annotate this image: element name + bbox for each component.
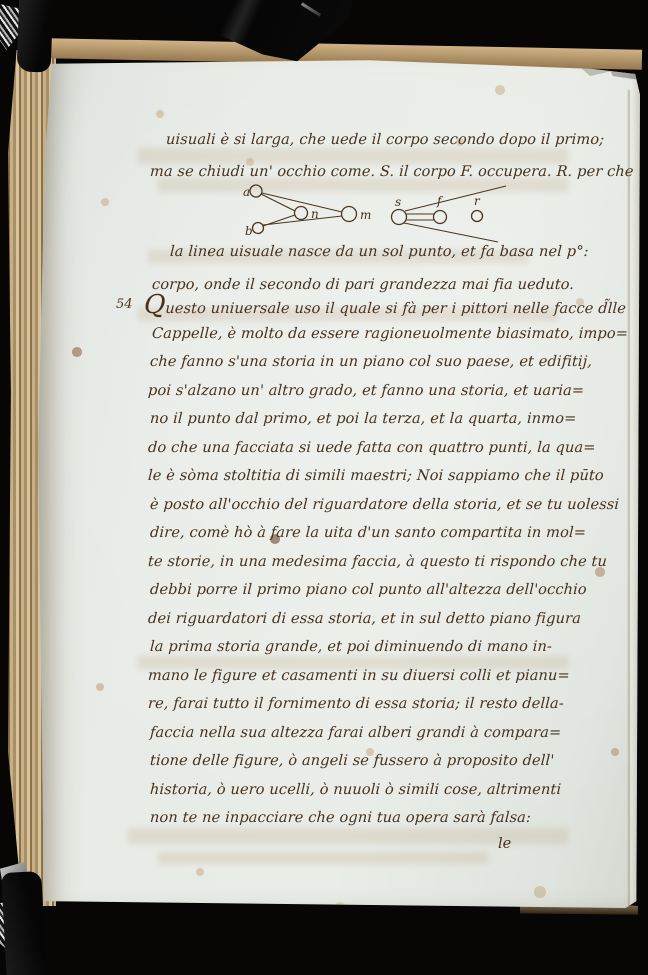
diagram-circle-n bbox=[295, 207, 308, 220]
showthrough-band bbox=[158, 852, 488, 864]
black-strap-bottom bbox=[1, 871, 47, 975]
manuscript-line: mano le figure et casamenti in su diuers… bbox=[147, 666, 570, 686]
diagram-circle-m bbox=[342, 207, 357, 222]
black-strap-top bbox=[17, 0, 54, 73]
diagram-label-s: s bbox=[395, 195, 401, 209]
manuscript-line: non te ne inpacciare che ogni tua opera … bbox=[149, 808, 531, 828]
manuscript-line: la prima storia grande, et poi diminuend… bbox=[149, 637, 552, 657]
manuscript-line: la linea uisuale nasce da un sol punto, … bbox=[169, 242, 589, 262]
manuscript-line: dei riguardatori di essa storia, et in s… bbox=[147, 609, 581, 629]
diagram-label-b: b bbox=[245, 224, 253, 238]
manuscript-line: debbi porre il primo piano col punto all… bbox=[149, 580, 587, 600]
diagram-label-a: a bbox=[243, 185, 250, 199]
manuscript-line: Questo uniuersale uso il quale si fà per… bbox=[143, 295, 626, 319]
manuscript-line: uisuali è si larga, che uede il corpo se… bbox=[165, 130, 604, 150]
manuscript-line: no il punto dal primo, et poi la terza, … bbox=[149, 409, 576, 429]
manuscript-line: ma se chiudi un' occhio come. S. il corp… bbox=[149, 162, 634, 182]
manuscript-line: corpo, onde il secondo di pari grandezza… bbox=[151, 275, 574, 295]
manuscript-line: re, farai tutto il fornimento di essa st… bbox=[147, 694, 564, 714]
manuscript-line: le è sòma stoltitia di simili maestri; N… bbox=[147, 466, 604, 486]
diagram-label-f: f bbox=[436, 194, 444, 208]
diagram-label-m: m bbox=[360, 208, 371, 222]
manuscript-line: do che una facciata si uede fatta con qu… bbox=[147, 438, 596, 458]
manuscript-page: uisuali è si larga, che uede il corpo se… bbox=[38, 50, 640, 908]
margin-paragraph-number: 54 bbox=[116, 297, 133, 312]
manuscript-line: faccia nella sua altezza farai alberi gr… bbox=[149, 723, 561, 743]
diagram-circle-s bbox=[392, 210, 407, 225]
diagram-circle-a bbox=[250, 185, 262, 197]
diagram-circle-r bbox=[472, 211, 483, 222]
manuscript-line: dire, comè hò à fare la uita d'un santo … bbox=[149, 523, 586, 543]
manuscript-line: è posto all'occhio del riguardatore dell… bbox=[149, 495, 619, 515]
page-fold-highlight bbox=[630, 80, 640, 910]
diagram-circle-f bbox=[434, 211, 447, 224]
diagram-label-n: n bbox=[311, 207, 319, 221]
manuscript-line: poi s'alzano un' altro grado, et fanno u… bbox=[147, 381, 584, 401]
diagram-circle-b bbox=[253, 223, 264, 234]
diagram-label-r: r bbox=[474, 194, 481, 208]
manuscript-line: te storie, in una medesima faccia, à que… bbox=[147, 552, 607, 572]
manuscript-line: tione delle figure, ò angeli se fussero … bbox=[149, 751, 554, 771]
manuscript-line: historia, ò uero ucelli, ò nuuoli ò simi… bbox=[149, 780, 561, 800]
manuscript-line: che fanno s'una storia in un piano col s… bbox=[149, 352, 592, 372]
manuscript-line: Cappelle, è molto da essere ragioneuolme… bbox=[151, 324, 628, 344]
manuscript-scan: uisuali è si larga, che uede il corpo se… bbox=[0, 0, 648, 975]
catchword: le bbox=[498, 835, 511, 852]
